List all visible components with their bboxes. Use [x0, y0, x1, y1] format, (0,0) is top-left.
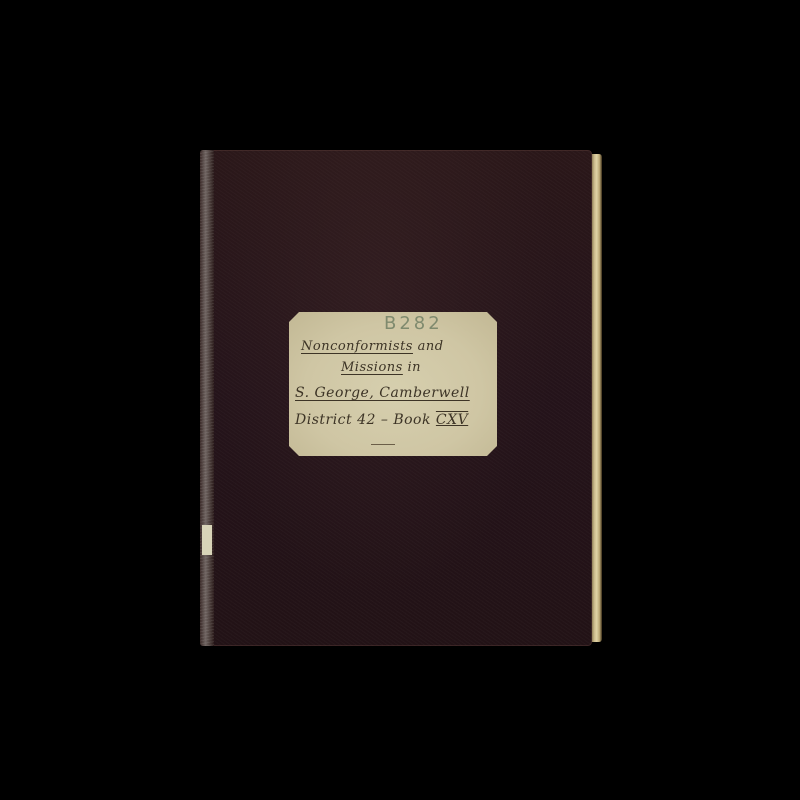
label-line-4: District 42 – Book CXV — [295, 412, 468, 428]
notebook: B282 Nonconformists and Missions in S. G… — [200, 150, 602, 646]
shelfmark: B282 — [384, 313, 443, 334]
label-mark — [371, 444, 395, 445]
label-word-and: and — [413, 339, 444, 354]
spine — [200, 150, 214, 646]
label-district: District 42 – Book — [295, 412, 436, 428]
cover-label: B282 Nonconformists and Missions in S. G… — [289, 312, 497, 456]
photo-scene: B282 Nonconformists and Missions in S. G… — [0, 0, 800, 800]
label-location: S. George, Camberwell — [295, 385, 470, 401]
label-book-number: CXV — [436, 412, 468, 428]
label-line-1: Nonconformists and — [301, 339, 444, 354]
label-word-in: in — [403, 360, 421, 375]
spine-tag — [202, 525, 212, 555]
label-line-3: S. George, Camberwell — [295, 385, 470, 401]
notebook-cover: B282 Nonconformists and Missions in S. G… — [200, 150, 592, 646]
label-line-2: Missions in — [341, 360, 421, 375]
label-word-missions: Missions — [341, 360, 403, 375]
label-word-nonconformists: Nonconformists — [301, 339, 413, 354]
